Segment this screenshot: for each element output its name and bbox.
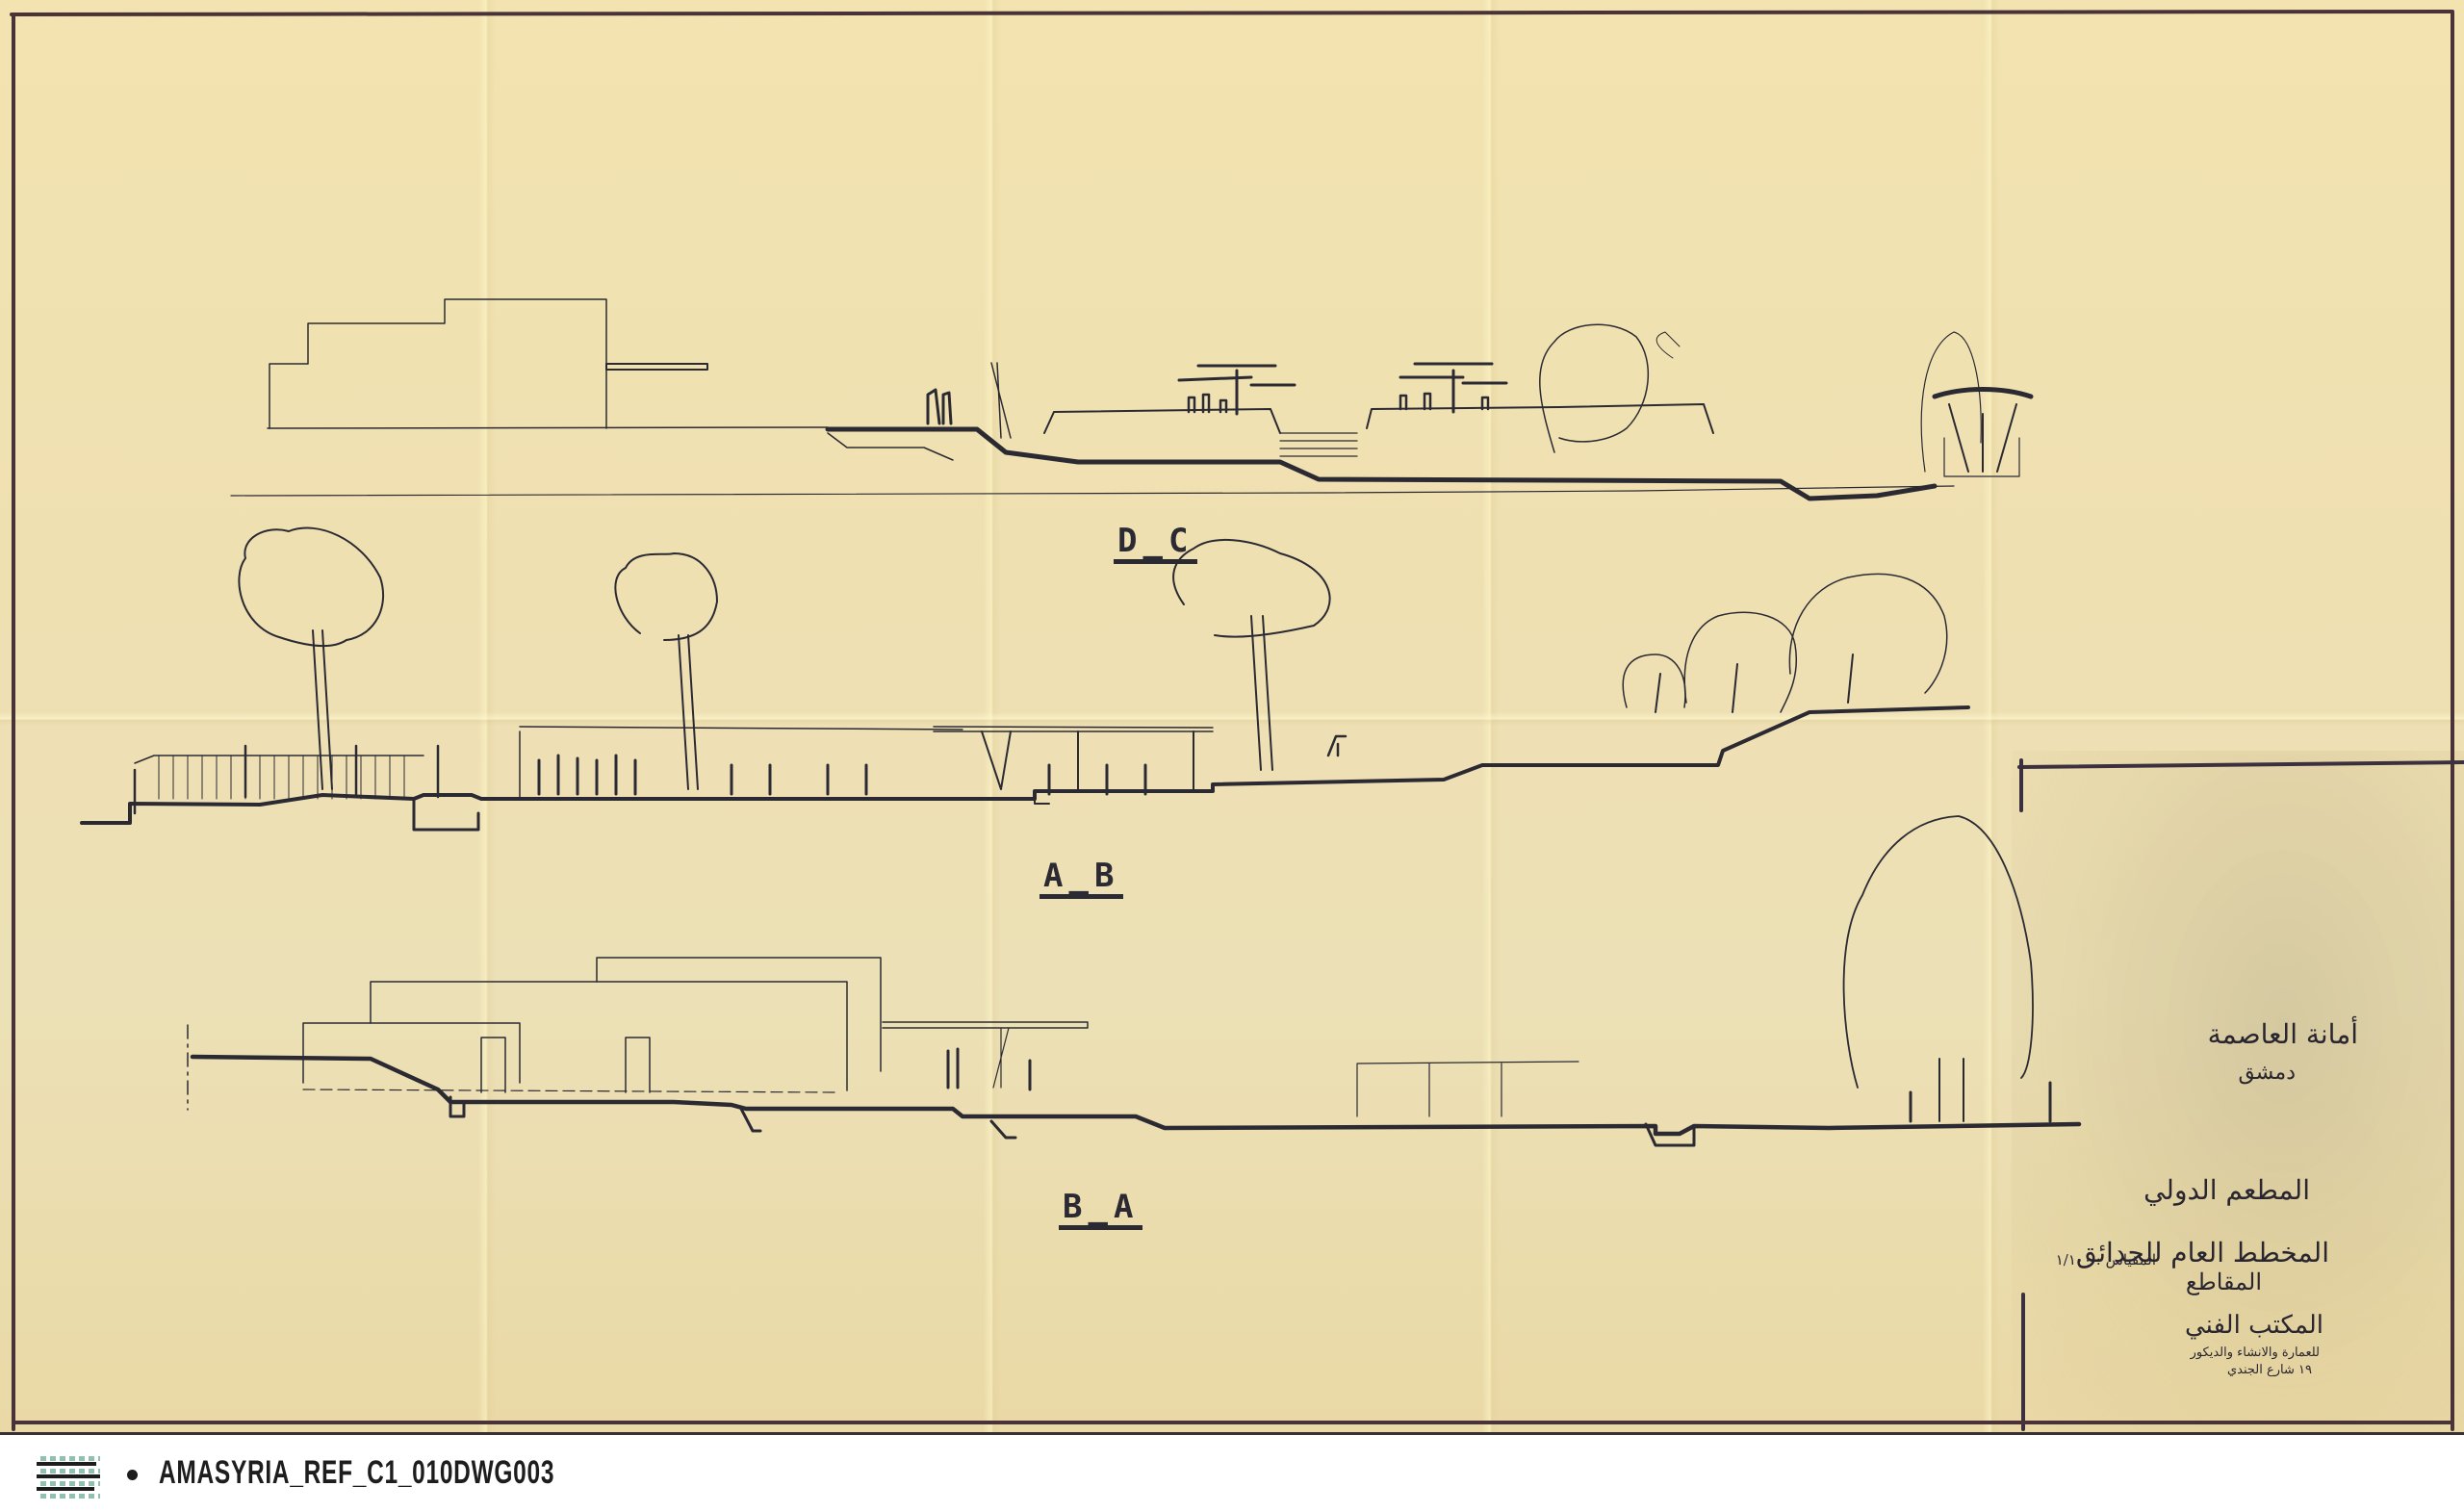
section-drawings: [0, 0, 2464, 1432]
section-ab-drawing: [82, 528, 1968, 830]
section-label-dc: D_C: [1114, 525, 1197, 564]
title-city: دمشق: [2238, 1061, 2296, 1085]
bullet-icon: [127, 1470, 138, 1480]
document-id: AMASYRIA_REF_C1_010DWG003: [159, 1454, 554, 1492]
title-authority: أمانة العاصمة: [2208, 1018, 2358, 1050]
archive-footer: AMASYRIA_REF_C1_010DWG003: [0, 1432, 2464, 1512]
section-dc-drawing: [231, 299, 2031, 499]
title-office-detail-2: ١٩ شارع الجندي: [2227, 1363, 2312, 1377]
title-subject: المقاطع: [2186, 1269, 2262, 1295]
title-office-detail-1: للعمارة والانشاء والديكور: [2191, 1345, 2320, 1360]
section-ba-drawing: [188, 816, 2079, 1145]
archive-logo-icon: [37, 1456, 102, 1500]
scale-label: المقياس : ١/١٠٠: [2056, 1251, 2156, 1269]
section-label-ab: A_B: [1039, 859, 1123, 899]
section-label-ba: B_A: [1059, 1191, 1142, 1230]
title-project: المطعم الدولي: [2143, 1174, 2310, 1206]
drawing-sheet: D_C A_B B_A أمانة العاصمة دمشق المطعم ال…: [0, 0, 2464, 1432]
title-office: المكتب الفني: [2185, 1311, 2323, 1340]
